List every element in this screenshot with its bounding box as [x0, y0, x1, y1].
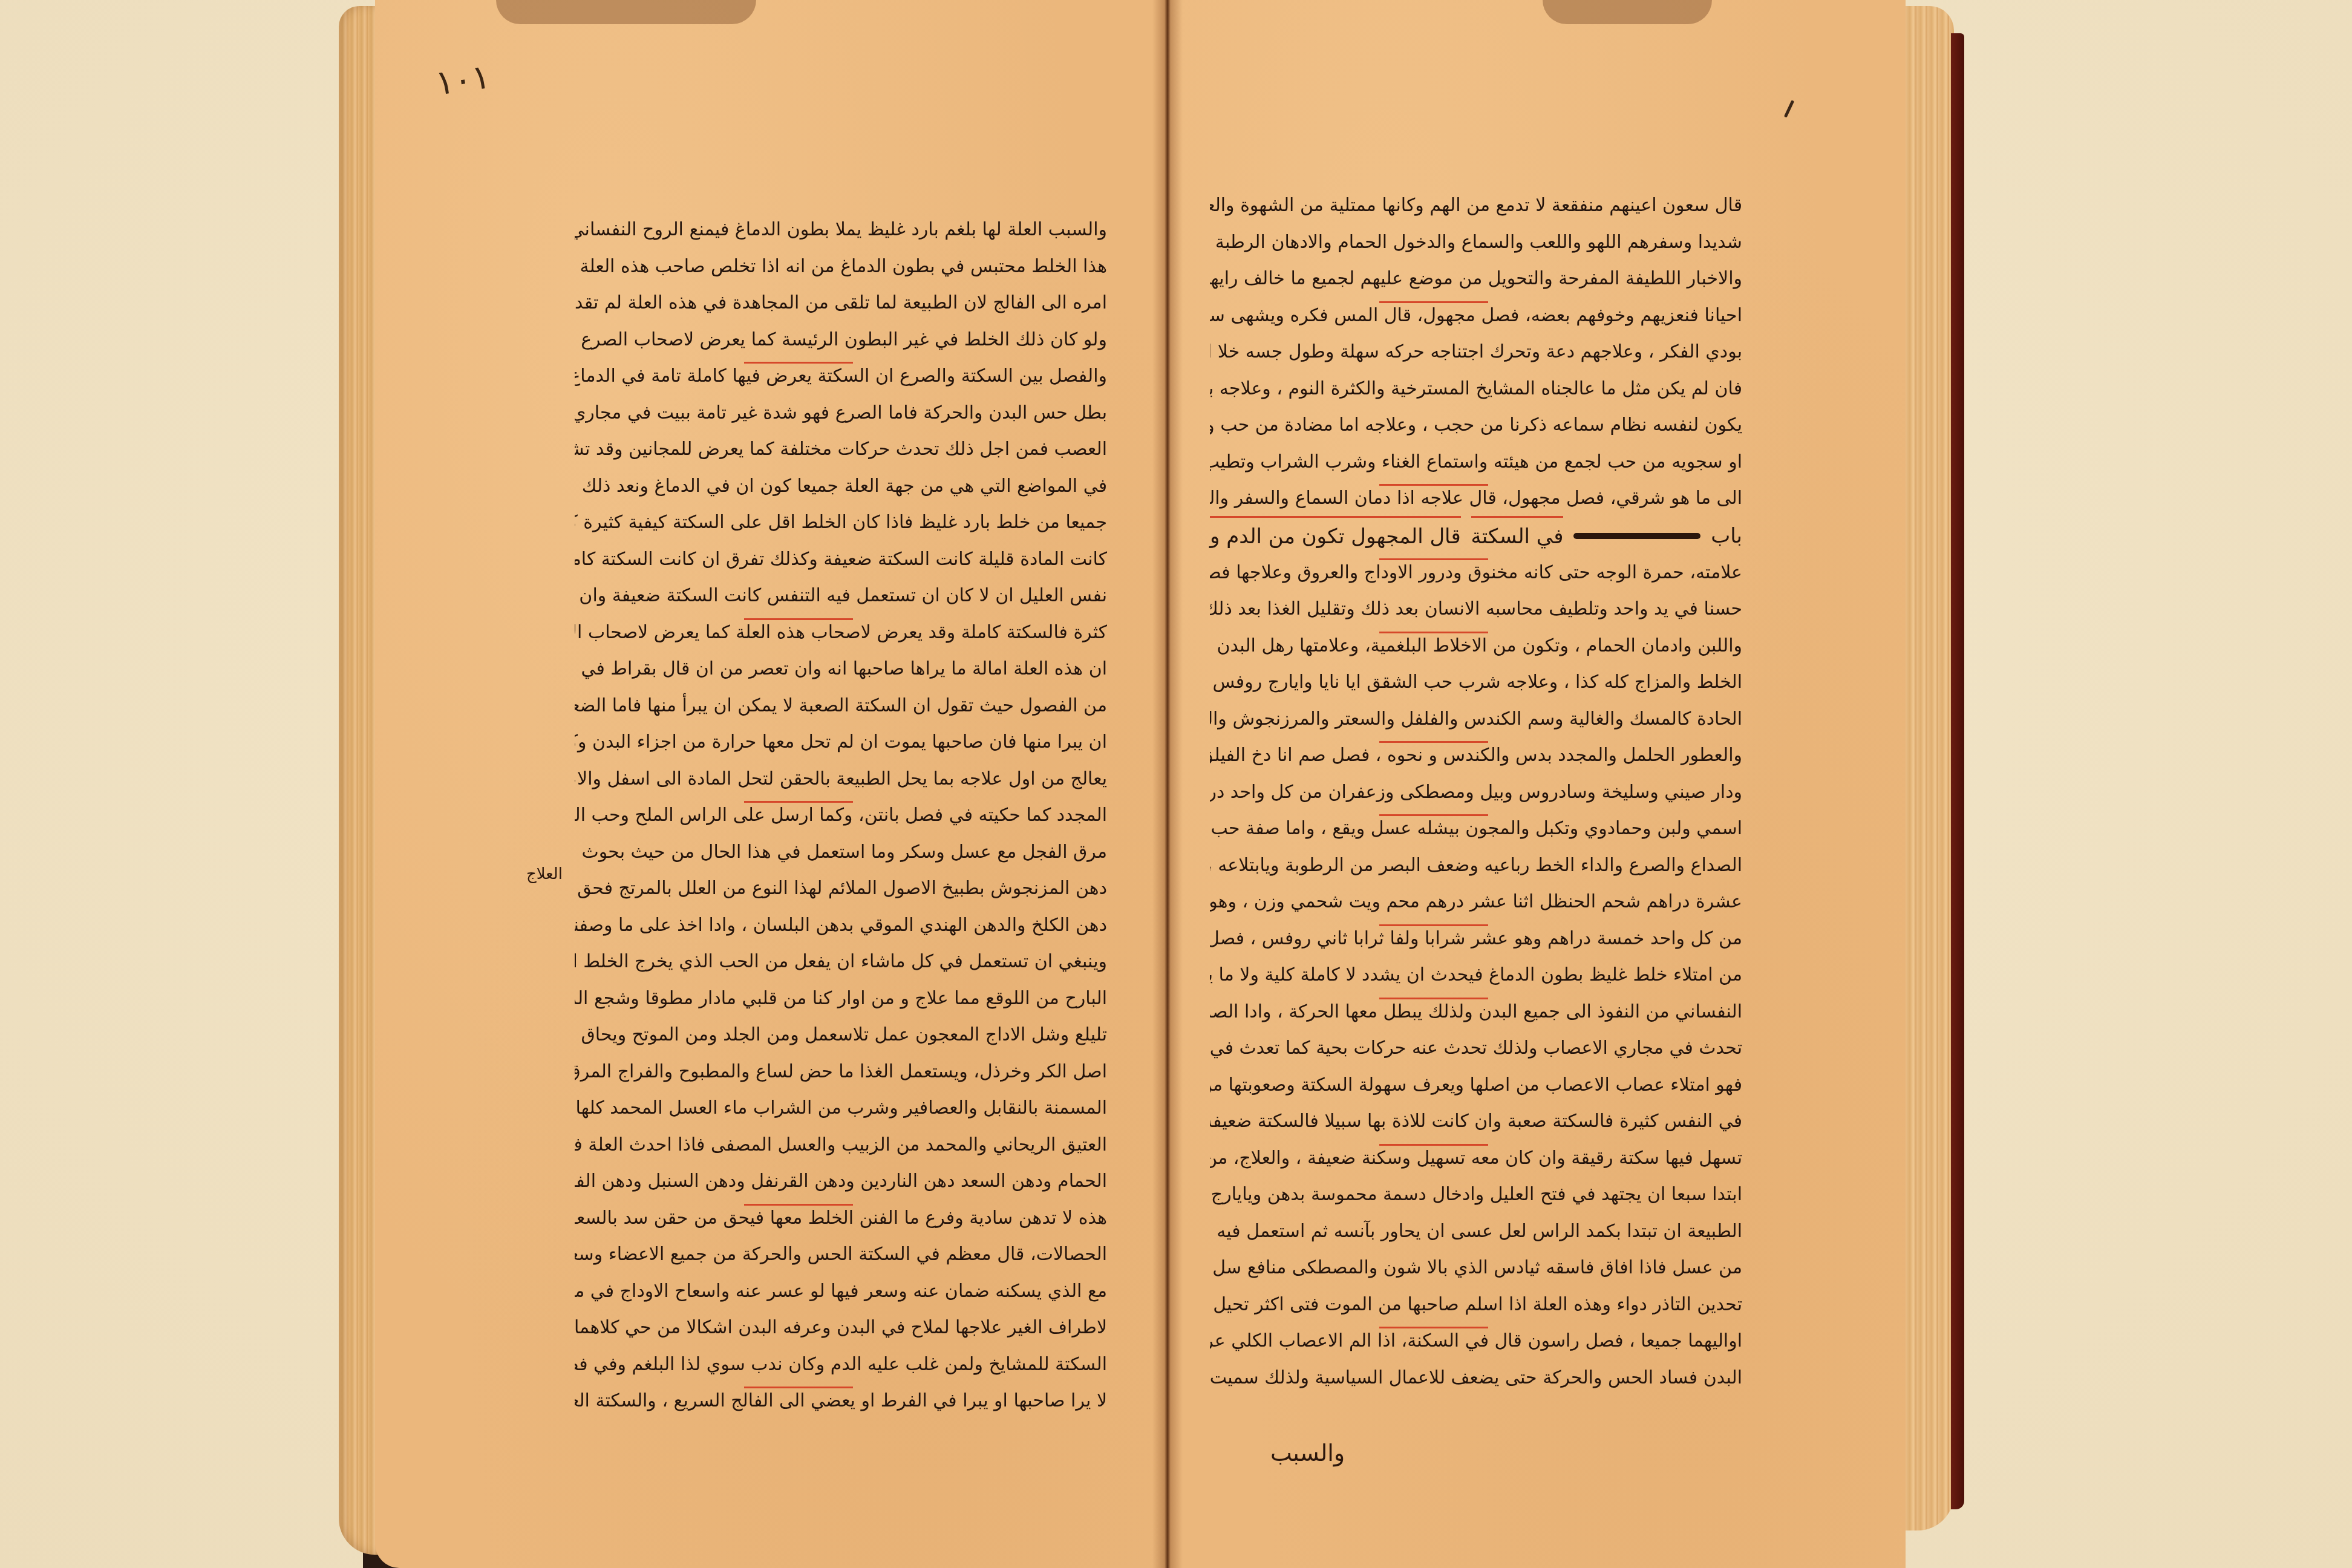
- text-line: شديدا وسفرهم اللهو واللعب والسماع والدخو…: [1210, 224, 1742, 261]
- text-line: من امتلاء خلط غليظ بطون الدماغ فيحدث ان …: [1210, 957, 1742, 994]
- chapter-title: في السكتة: [1471, 516, 1564, 555]
- text-line: امره الى الفالج لان الطبيعة لما تلقى من …: [575, 285, 1107, 322]
- text-line: والاخبار اللطيفة المفرحة والتحويل من موض…: [1210, 261, 1742, 298]
- text-line: في النفس كثيرة فالسكتة صعبة وان كانت للا…: [1210, 1103, 1742, 1140]
- top-tab-stain-left: [496, 0, 756, 24]
- chapter-bab: باب: [1711, 517, 1742, 555]
- text-line: عشرة دراهم شحم الحنظل اثنا عشر درهم محم …: [1210, 884, 1742, 921]
- text-line: يعالج من اول علاجه بما يحل الطبيعة بالحق…: [575, 761, 1107, 798]
- catchword: والسبب: [1270, 1440, 1345, 1466]
- text-line: ابتدا سبعا ان يجتهد في فتح العليل وادخال…: [1210, 1177, 1742, 1214]
- text-line: اسمي ولبن وحمادوي وتكبل والمجون بيشله عس…: [1210, 811, 1742, 848]
- text-line: المجدد كما حكيته في فصل بانتن، وكما ارسل…: [575, 797, 1107, 834]
- text-line: كثرة فالسكتة كاملة وقد يعرض لاصحاب هذه ا…: [575, 615, 1107, 652]
- text-line: في المواضع التي هي من جهة العلة جميعا كو…: [575, 468, 1107, 505]
- text-line: فهو امتلاء عصاب الاعصاب من اصلها ويعرف س…: [1210, 1067, 1742, 1104]
- text-line: احيانا فنعزيهم وخوفهم بعضه، فصل مجهول، ق…: [1210, 298, 1742, 335]
- text-line: واللبن وادمان الحمام ، وتكون من الاخلاط …: [1210, 628, 1742, 665]
- text-line: بودي الفكر ، وعلاجهم دعة وتحرك اجتناجه ح…: [1210, 334, 1742, 371]
- text-line: مرق الفجل مع عسل وسكر وما استعمل في هذا …: [575, 834, 1107, 871]
- text-line: تليلع وشل الاداج المعجون عمل تلاسعمل ومن…: [575, 1017, 1107, 1054]
- text-line: هذه لا تدهن سادية وفرع ما الفنن الخلط مع…: [575, 1200, 1107, 1237]
- text-line: العتيق الريحاني والمحمد من الزبيب والعسل…: [575, 1127, 1107, 1164]
- text-line: البارح من اللوقع مما علاج و من اوار كنا …: [575, 981, 1107, 1018]
- text-line: دهن الكلخ والدهن الهندي الموقي بدهن البل…: [575, 907, 1107, 944]
- right-page-edges: [1906, 6, 1954, 1530]
- right-page-text: قال سعون اعينهم منفقعة لا تدمع من الهم و…: [1210, 188, 1742, 1396]
- text-line: العصب فمن اجل ذلك تحدث حركات مختلفة كما …: [575, 431, 1107, 468]
- top-tab-stain-right: [1543, 0, 1712, 24]
- text-line: ان هذه العلة امالة ما يراها صاحبها انه و…: [575, 651, 1107, 688]
- text-line: يكون لنفسه نظام سماعه ذكرنا من حجب ، وعل…: [1210, 407, 1742, 444]
- text-line: البدن فساد الحس والحركة حتى يضعف للاعمال…: [1210, 1360, 1742, 1397]
- text-line: بطل حس البدن والحركة فاما الصرع فهو شدة …: [575, 395, 1107, 432]
- left-page-text: والسبب العلة لها بلغم بارد غليظ يملا بطو…: [575, 212, 1107, 1420]
- text-line: والسبب العلة لها بلغم بارد غليظ يملا بطو…: [575, 212, 1107, 249]
- text-line: تحدين التاذر دواء وهذه العلة اذا اسلم صا…: [1210, 1287, 1742, 1324]
- text-line: مع الذي يسكنه ضمان عنه وسعر فيها لو عسر …: [575, 1273, 1107, 1310]
- text-line: تحدث في مجاري الاعصاب ولذلك تحدث عنه حرك…: [1210, 1030, 1742, 1067]
- text-line: فان لم يكن مثل ما عالجناه المشايخ المستر…: [1210, 371, 1742, 408]
- book-gutter: [1152, 0, 1183, 1568]
- text-line: ودار صيني وسليخة وسادروس وبيل ومصطكى وزع…: [1210, 774, 1742, 811]
- text-line: لاطراف الغير علاجها لملاح في البدن وعرفه…: [575, 1310, 1107, 1347]
- text-line: نفس العليل ان لا كان ان تستعمل فيه التنف…: [575, 578, 1107, 615]
- leather-cover-edge: [1951, 33, 1964, 1509]
- text-line: الطبيعة ان تبتدا بكمد الراس لعل عسى ان ي…: [1210, 1214, 1742, 1250]
- text-line: علامته، حمرة الوجه حتى كانه مخنوق ودرور …: [1210, 555, 1742, 592]
- chapter-bar-ornament: [1573, 533, 1700, 539]
- text-line: لا يرا صاحبها او يبرا في الفرط او يعضي ا…: [575, 1383, 1107, 1420]
- text-line: وينبغي ان تستعمل في كل ماشاء ان يفعل من …: [575, 944, 1107, 981]
- marginal-note: العلاج: [526, 865, 563, 883]
- chapter-heading: باب في السكتة قال المجهول تكون من الدم و: [1210, 517, 1742, 555]
- text-line: الصداع والصرع والداء الخط رباعيه وضعف ال…: [1210, 848, 1742, 884]
- text-line: من عسل فاذا افاق فاسقه ثيادس الذي بالا ش…: [1210, 1250, 1742, 1287]
- text-line: او سجويه من حب لجمع من هيئته واستماع الغ…: [1210, 444, 1742, 481]
- text-line: الحادة كالمسك والغالية وسم الكندس والفلف…: [1210, 701, 1742, 738]
- text-line: اصل الكر وخرذل، ويستعمل الغذا ما حض لساع…: [575, 1054, 1107, 1091]
- text-line: هذا الخلط محتبس في بطون الدماغ من انه اذ…: [575, 249, 1107, 286]
- text-line: السكتة للمشايخ ولمن غلب عليه الدم وكان ن…: [575, 1347, 1107, 1383]
- text-line: الحمام ودهن السعد دهن الناردين ودهن القر…: [575, 1163, 1107, 1200]
- text-line: الى ما هو شرقي، فصل مجهول، قال علاجه اذا…: [1210, 480, 1742, 517]
- text-line: من كل واحد خمسة دراهم وهو عشر شرابا ولفا…: [1210, 921, 1742, 958]
- text-line: حسنا في يد واحد وتلطيف محاسبه الانسان بع…: [1210, 591, 1742, 628]
- text-line: قال سعون اعينهم منفقعة لا تدمع من الهم و…: [1210, 188, 1742, 224]
- text-line: المسمنة بالنقابل والعصافير وشرب من الشرا…: [575, 1090, 1107, 1127]
- text-line: ان يبرا منها فان صاحبها يموت ان لم تحل م…: [575, 724, 1107, 761]
- chapter-attribution: قال المجهول تكون من الدم و: [1210, 516, 1461, 555]
- text-line: النفساني من النفوذ الى جميع البدن ولذلك …: [1210, 994, 1742, 1031]
- text-line: من الفصول حيث تقول ان السكتة الصعبة لا ي…: [575, 688, 1107, 725]
- text-line: كانت المادة قليلة كانت السكتة ضعيفة وكذل…: [575, 541, 1107, 578]
- folio-number: ١٠١: [433, 57, 492, 103]
- text-line: ولو كان ذلك الخلط في غير البطون الرئيسة …: [575, 322, 1107, 359]
- text-line: والعطور الحلمل والمجدد بدس والكندس و نحو…: [1210, 737, 1742, 774]
- text-line: تسهل فيها سكتة رقيقة وان كان معه تسهيل و…: [1210, 1140, 1742, 1177]
- text-line: الخلط والمزاج كله كذا ، وعلاجه شرب حب ال…: [1210, 664, 1742, 701]
- text-line: دهن المزنجوش بطبيخ الاصول الملائم لهذا ا…: [575, 871, 1107, 907]
- text-line: والفصل بين السكتة والصرع ان السكتة يعرض …: [575, 358, 1107, 395]
- text-line: جميعا من خلط بارد غليظ فاذا كان الخلط اق…: [575, 505, 1107, 541]
- text-line: الحصالات، قال معظم في السكتة الحس والحرك…: [575, 1236, 1107, 1273]
- text-line: اواليهما جميعا ، فصل راسون قال في السكنة…: [1210, 1323, 1742, 1360]
